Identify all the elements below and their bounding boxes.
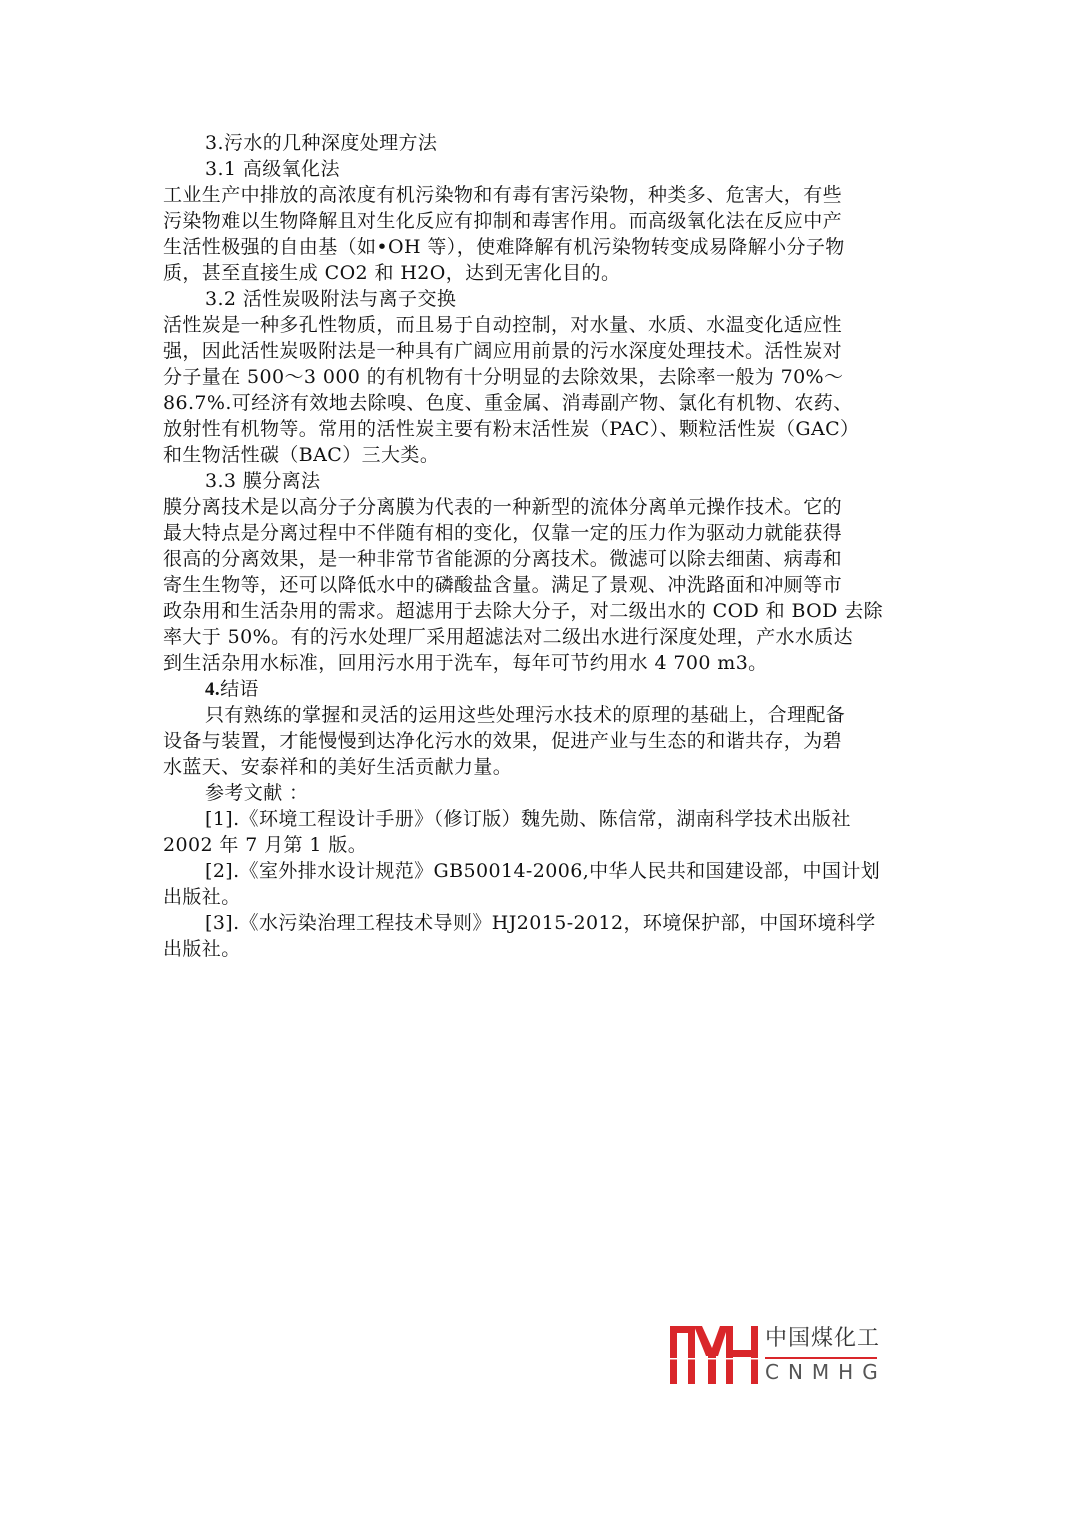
reference-item: [3].《水污染治理工程技术导则》HJ2015-2012，环境保护部，中国环境科…	[163, 910, 909, 962]
text-line: 污染物难以生物降解且对生化反应有抑制和毒害作用。而高级氧化法在反应中产	[163, 208, 909, 234]
section-number: 4.	[205, 679, 220, 700]
text-line: 和生物活性碳（BAC）三大类。	[163, 442, 909, 468]
section-heading: 4.结语	[163, 676, 909, 702]
reference-line: 出版社。	[163, 936, 909, 962]
document-page: 3.污水的几种深度处理方法 3.1 高级氧化法 工业生产中排放的高浓度有机污染物…	[163, 130, 909, 962]
paragraph-conclusion: 只有熟练的掌握和灵活的运用这些处理污水技术的原理的基础上，合理配备 设备与装置，…	[163, 702, 909, 780]
text-line: 分子量在 500～3 000 的有机物有十分明显的去除效果，去除率一般为 70%…	[163, 364, 909, 390]
reference-line: 出版社。	[163, 884, 909, 910]
text-line: 强，因此活性炭吸附法是一种具有广阔应用前景的污水深度处理技术。活性炭对	[163, 338, 909, 364]
text-line: 放射性有机物等。常用的活性炭主要有粉末活性炭（PAC）、颗粒活性炭（GAC）	[163, 416, 909, 442]
text-line: 质，甚至直接生成 CO2 和 H2O，达到无害化目的。	[163, 260, 909, 286]
text-line: 很高的分离效果，是一种非常节省能源的分离技术。微滤可以除去细菌、病毒和	[163, 546, 909, 572]
paragraph-activated-carbon: 活性炭是一种多孔性物质，而且易于自动控制，对水量、水质、水温变化适应性 强，因此…	[163, 312, 909, 468]
text-line: 设备与装置，才能慢慢到达净化污水的效果，促进产业与生态的和谐共存，为碧	[163, 728, 909, 754]
reference-list: [1].《环境工程设计手册》（修订版）魏先勋、陈信常，湖南科学技术出版社 200…	[163, 806, 909, 962]
reference-line: [3].《水污染治理工程技术导则》HJ2015-2012，环境保护部，中国环境科…	[163, 910, 909, 936]
section-title: 结语	[220, 678, 259, 700]
subsection-heading: 3.3 膜分离法	[163, 468, 909, 494]
text-line: 只有熟练的掌握和灵活的运用这些处理污水技术的原理的基础上，合理配备	[163, 702, 909, 728]
reference-item: [2].《室外排水设计规范》GB50014-2006,中华人民共和国建设部，中国…	[163, 858, 909, 910]
text-line: 最大特点是分离过程中不伴随有相的变化，仅靠一定的压力作为驱动力就能获得	[163, 520, 909, 546]
text-line: 86.7%.可经济有效地去除嗅、色度、重金属、消毒副产物、氯化有机物、农药、	[163, 390, 909, 416]
subsection-heading: 3.1 高级氧化法	[163, 156, 909, 182]
publisher-logo: 中国煤化工 CNMHG	[670, 1326, 880, 1386]
section-heading: 3.污水的几种深度处理方法	[163, 130, 909, 156]
paragraph-membrane-separation: 膜分离技术是以高分子分离膜为代表的一种新型的流体分离单元操作技术。它的 最大特点…	[163, 494, 909, 676]
logo-divider	[765, 1357, 877, 1359]
logo-name-english: CNMHG	[765, 1360, 887, 1384]
logo-name-chinese: 中国煤化工	[765, 1326, 880, 1352]
text-line: 政杂用和生活杂用的需求。超滤用于去除大分子，对二级出水的 COD 和 BOD 去…	[163, 598, 909, 624]
text-line: 生活性极强的自由基（如•OH 等），使难降解有机污染物转变成易降解小分子物	[163, 234, 909, 260]
text-line: 水蓝天、安泰祥和的美好生活贡献力量。	[163, 754, 909, 780]
reference-item: [1].《环境工程设计手册》（修订版）魏先勋、陈信常，湖南科学技术出版社 200…	[163, 806, 909, 858]
text-line: 到生活杂用水标准，回用污水用于洗车，每年可节约用水 4 700 m3。	[163, 650, 909, 676]
references-heading: 参考文献 ：	[163, 780, 909, 806]
text-line: 工业生产中排放的高浓度有机污染物和有毒有害污染物，种类多、危害大，有些	[163, 182, 909, 208]
text-line: 膜分离技术是以高分子分离膜为代表的一种新型的流体分离单元操作技术。它的	[163, 494, 909, 520]
text-line: 活性炭是一种多孔性物质，而且易于自动控制，对水量、水质、水温变化适应性	[163, 312, 909, 338]
reference-line: [1].《环境工程设计手册》（修订版）魏先勋、陈信常，湖南科学技术出版社	[163, 806, 909, 832]
reference-line: 2002 年 7 月第 1 版。	[163, 832, 909, 858]
text-line: 率大于 50%。有的污水处理厂采用超滤法对二级出水进行深度处理，产水水质达	[163, 624, 909, 650]
paragraph-advanced-oxidation: 工业生产中排放的高浓度有机污染物和有毒有害污染物，种类多、危害大，有些 污染物难…	[163, 182, 909, 286]
reference-line: [2].《室外排水设计规范》GB50014-2006,中华人民共和国建设部，中国…	[163, 858, 909, 884]
text-line: 寄生生物等，还可以降低水中的磷酸盐含量。满足了景观、冲洗路面和冲厕等市	[163, 572, 909, 598]
subsection-heading: 3.2 活性炭吸附法与离子交换	[163, 286, 909, 312]
cnmhg-logo-mark-icon	[670, 1326, 758, 1384]
